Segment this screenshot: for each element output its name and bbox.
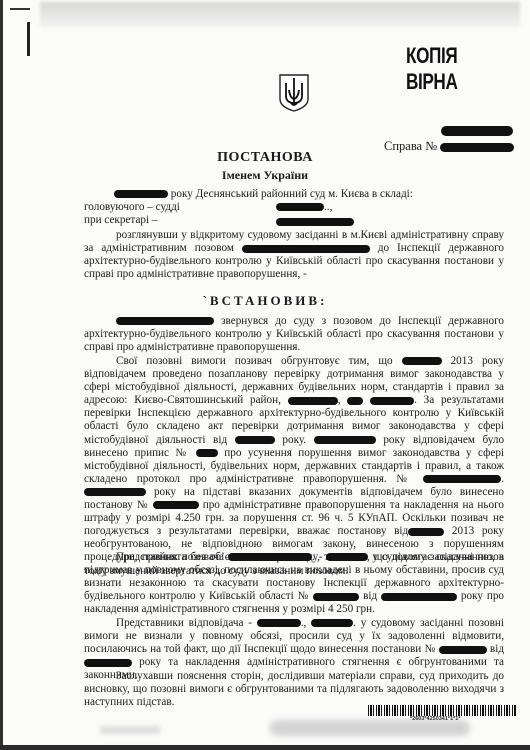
redacted-text bbox=[402, 357, 442, 365]
redacted-text bbox=[381, 593, 457, 601]
paragraph-text: Представники відповідача - bbox=[116, 617, 252, 629]
redacted-text bbox=[288, 397, 338, 405]
barcode bbox=[368, 705, 516, 716]
redacted-text bbox=[314, 436, 376, 444]
intro-paragraph: розглянувши у відкритому судовому засіда… bbox=[84, 229, 504, 281]
redacted-text bbox=[439, 646, 487, 654]
redacted-text bbox=[423, 475, 501, 483]
paragraph-text: Заслухавши пояснення сторін, дослідивши … bbox=[84, 670, 504, 708]
scan-mark bbox=[10, 8, 30, 10]
scan-bottom-edge bbox=[0, 745, 530, 750]
paragraph-text: Представник позивача bbox=[116, 551, 224, 563]
paragraph-1: звернувся до суду з позовом до Інспекції… bbox=[84, 315, 504, 354]
section-heading: `ВСТАНОВИВ: bbox=[0, 293, 530, 309]
copy-certified-stamp: КОПІЯ ВІРНА bbox=[406, 43, 503, 95]
redacted-text bbox=[196, 449, 218, 457]
redacted-text bbox=[116, 317, 214, 325]
redacted-text bbox=[347, 397, 363, 405]
paragraph-text: Свої позовні вимоги позивач обгрунтовує … bbox=[116, 355, 393, 367]
scan-artifact bbox=[40, 2, 520, 28]
redacted-text bbox=[84, 488, 146, 496]
scan-mark bbox=[27, 22, 30, 56]
redacted-text bbox=[326, 553, 368, 561]
presiding-judge-label: головуючого – судді bbox=[84, 201, 180, 213]
redacted-text bbox=[276, 218, 354, 226]
court-line-text: року Деснянський районний суд м. Києва в… bbox=[171, 188, 413, 200]
paragraph-text: від bbox=[490, 643, 504, 655]
redacted-text bbox=[242, 245, 370, 253]
redacted-text bbox=[313, 593, 359, 601]
secretary-label: при секретарі – bbox=[84, 214, 158, 226]
presiding-judge-name: .., bbox=[276, 201, 332, 213]
redacted-text bbox=[84, 659, 132, 667]
paragraph-2: Свої позовні вимоги позивач обгрунтовує … bbox=[84, 355, 504, 578]
scan-left-edge bbox=[0, 0, 3, 750]
paragraph-text: від bbox=[363, 590, 377, 602]
document-page: КОПІЯ ВІРНА Справа № ПОСТАНОВА Іменем Ук… bbox=[0, 0, 530, 750]
trident-coat-of-arms-icon bbox=[278, 73, 310, 113]
scan-artifact bbox=[270, 720, 470, 736]
document-subtitle: Іменем України bbox=[0, 168, 530, 183]
paragraph-3: Представник позивача . - у судовому засі… bbox=[84, 551, 504, 616]
document-title: ПОСТАНОВА bbox=[0, 150, 530, 166]
redacted-text bbox=[257, 619, 301, 627]
redacted-text bbox=[370, 397, 414, 405]
scan-artifact bbox=[100, 726, 160, 734]
paragraph-5: Заслухавши пояснення сторін, дослідивши … bbox=[84, 670, 504, 709]
redacted-text bbox=[311, 619, 353, 627]
paragraph-text: року. bbox=[282, 434, 306, 446]
redacted-text bbox=[276, 203, 324, 211]
punctuation: .., bbox=[324, 201, 332, 213]
redacted-text bbox=[408, 528, 444, 536]
court-line: року Деснянський районний суд м. Києва в… bbox=[114, 188, 413, 200]
redacted-text bbox=[441, 126, 513, 136]
redacted-text bbox=[153, 501, 199, 509]
redacted-text bbox=[235, 436, 275, 444]
redacted-text bbox=[228, 553, 312, 561]
redacted-text bbox=[114, 190, 168, 198]
